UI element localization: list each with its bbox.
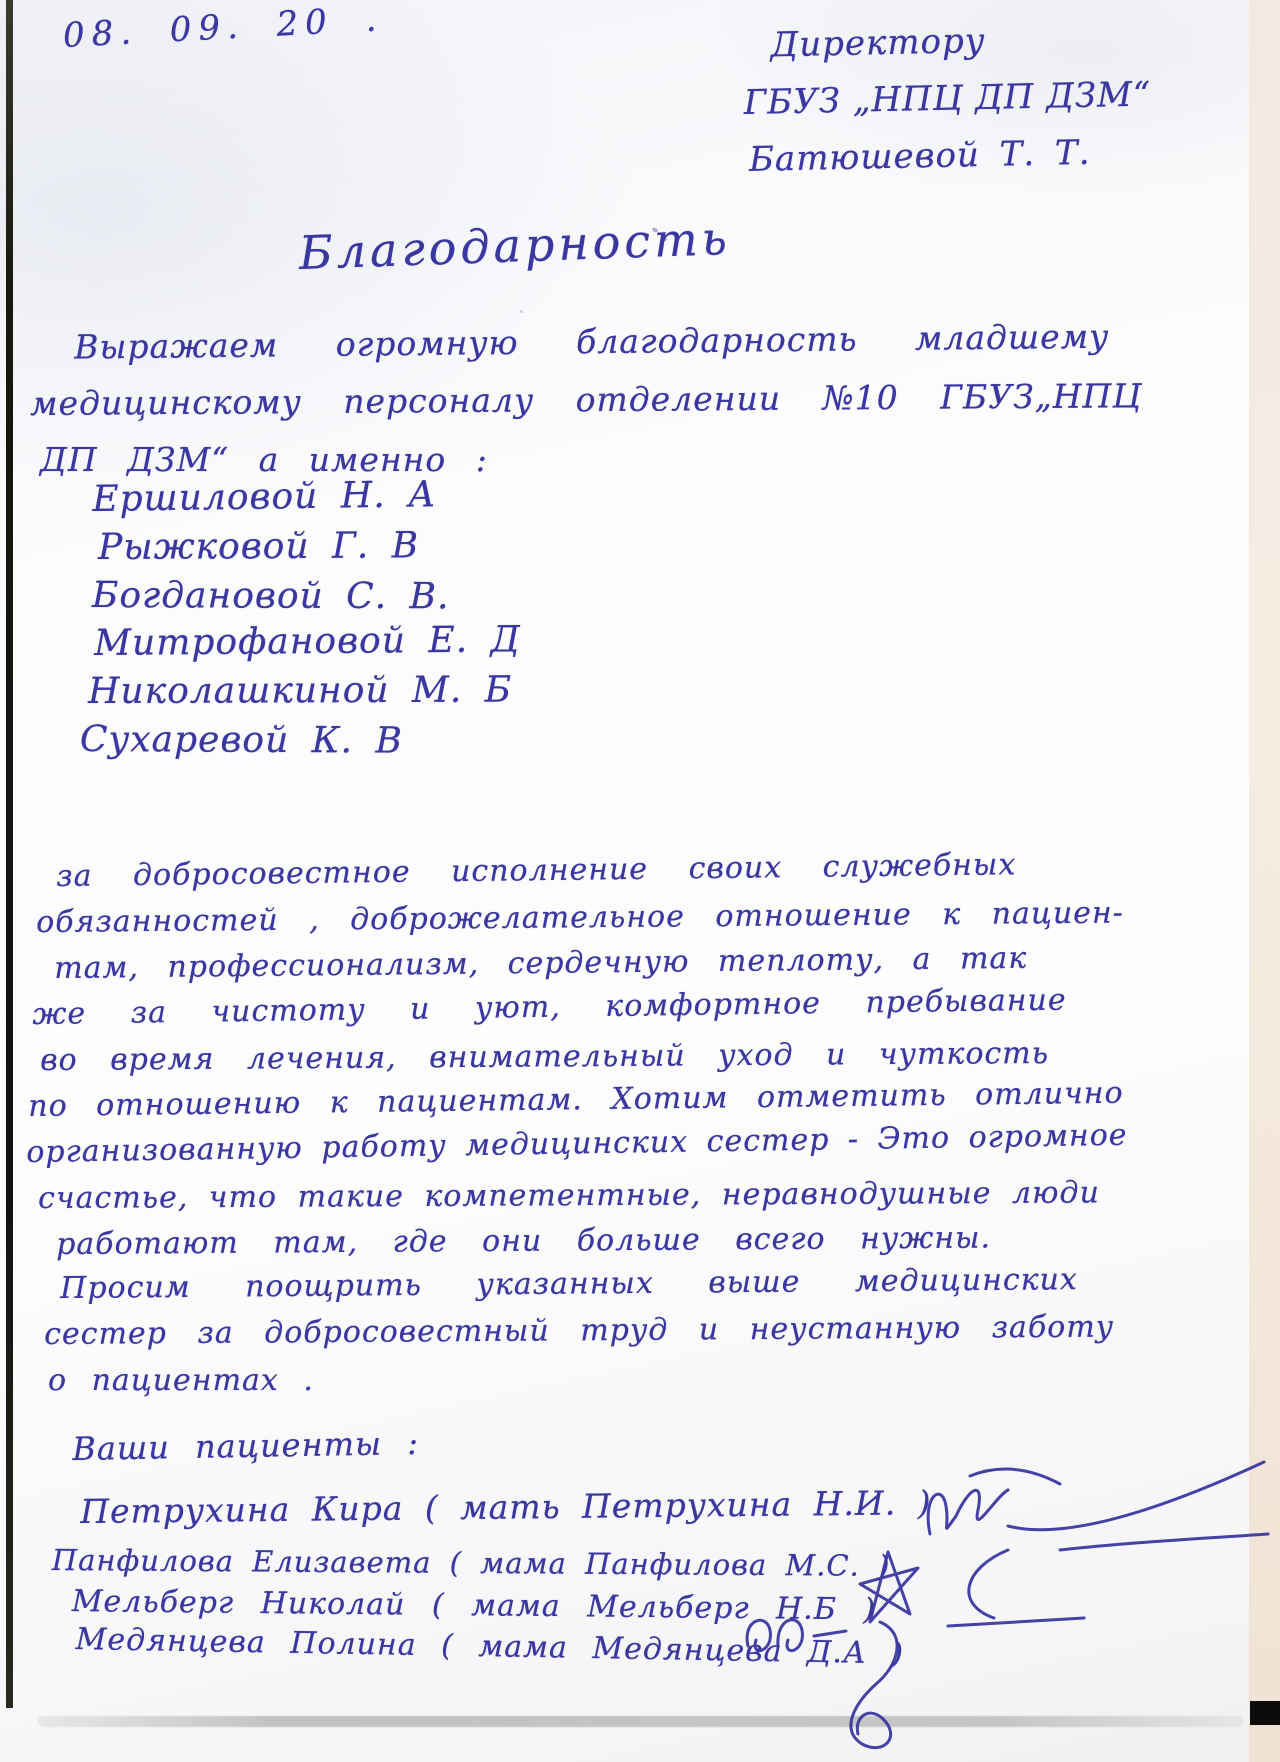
request-paragraph: Просим поощрить указанных выше медицинск…	[44, 1266, 1114, 1404]
body-line: счастье, что такие компетентные, неравно…	[38, 1170, 1127, 1222]
staff-name: Рыжковой Г. В	[98, 522, 525, 572]
intro-paragraph: Выражаем огромную благодарность младшему…	[30, 320, 1142, 488]
request-line: Просим поощрить указанных выше медицинск…	[60, 1257, 1114, 1312]
letter-date: 08. 09. 20 .	[62, 0, 384, 56]
signature-icon	[824, 1616, 916, 1758]
patient-line: Петрухина Кира ( мать Петрухина Н.И. )	[80, 1483, 932, 1531]
scan-edge-left	[6, 0, 13, 1708]
staff-name-list: Ершиловой Н. А Рыжковой Г. В Богдановой …	[92, 476, 519, 764]
scanned-letter-page: 08. 09. 20 . Директору ГБУЗ „НПЦ ДП ДЗМ“…	[0, 0, 1280, 1762]
request-line: сестер за добросовестный труд и неустанн…	[44, 1305, 1114, 1358]
intro-line: Выражаем огромную благодарность младшему	[30, 308, 1142, 376]
letter-title: Благодарность	[298, 211, 732, 280]
patients-label: Ваши пациенты :	[72, 1424, 419, 1468]
recipient-line: Батюшевой Т. Т.	[744, 123, 1153, 189]
recipient-block: Директору ГБУЗ „НПЦ ДП ДЗМ“ Батюшевой Т.…	[742, 9, 1153, 188]
staff-name: Богдановой С. В.	[92, 572, 519, 621]
request-line: о пациентах .	[48, 1358, 1114, 1404]
intro-line: медицинскому персоналу отделении №10 ГБУ…	[30, 368, 1142, 432]
scan-black-mark	[1250, 1701, 1280, 1725]
paper-bottom-edge-shadow	[38, 1716, 1243, 1727]
staff-name: Николашкиной М. Б	[88, 667, 515, 716]
staff-name: Сухаревой К. В	[80, 716, 507, 766]
staff-name: Митрофановой Е. Д	[94, 616, 521, 668]
ink-speck	[520, 310, 523, 313]
staff-name: Ершиловой Н. А	[92, 470, 519, 524]
body-paragraph: за добросовестное исполнение своих служе…	[28, 854, 1127, 1268]
recipient-line: Директору	[742, 9, 1151, 75]
patient-line: Панфилова Елизавета ( мама Панфилова М.С…	[52, 1543, 891, 1583]
recipient-line: ГБУЗ „НПЦ ДП ДЗМ“	[743, 66, 1152, 132]
